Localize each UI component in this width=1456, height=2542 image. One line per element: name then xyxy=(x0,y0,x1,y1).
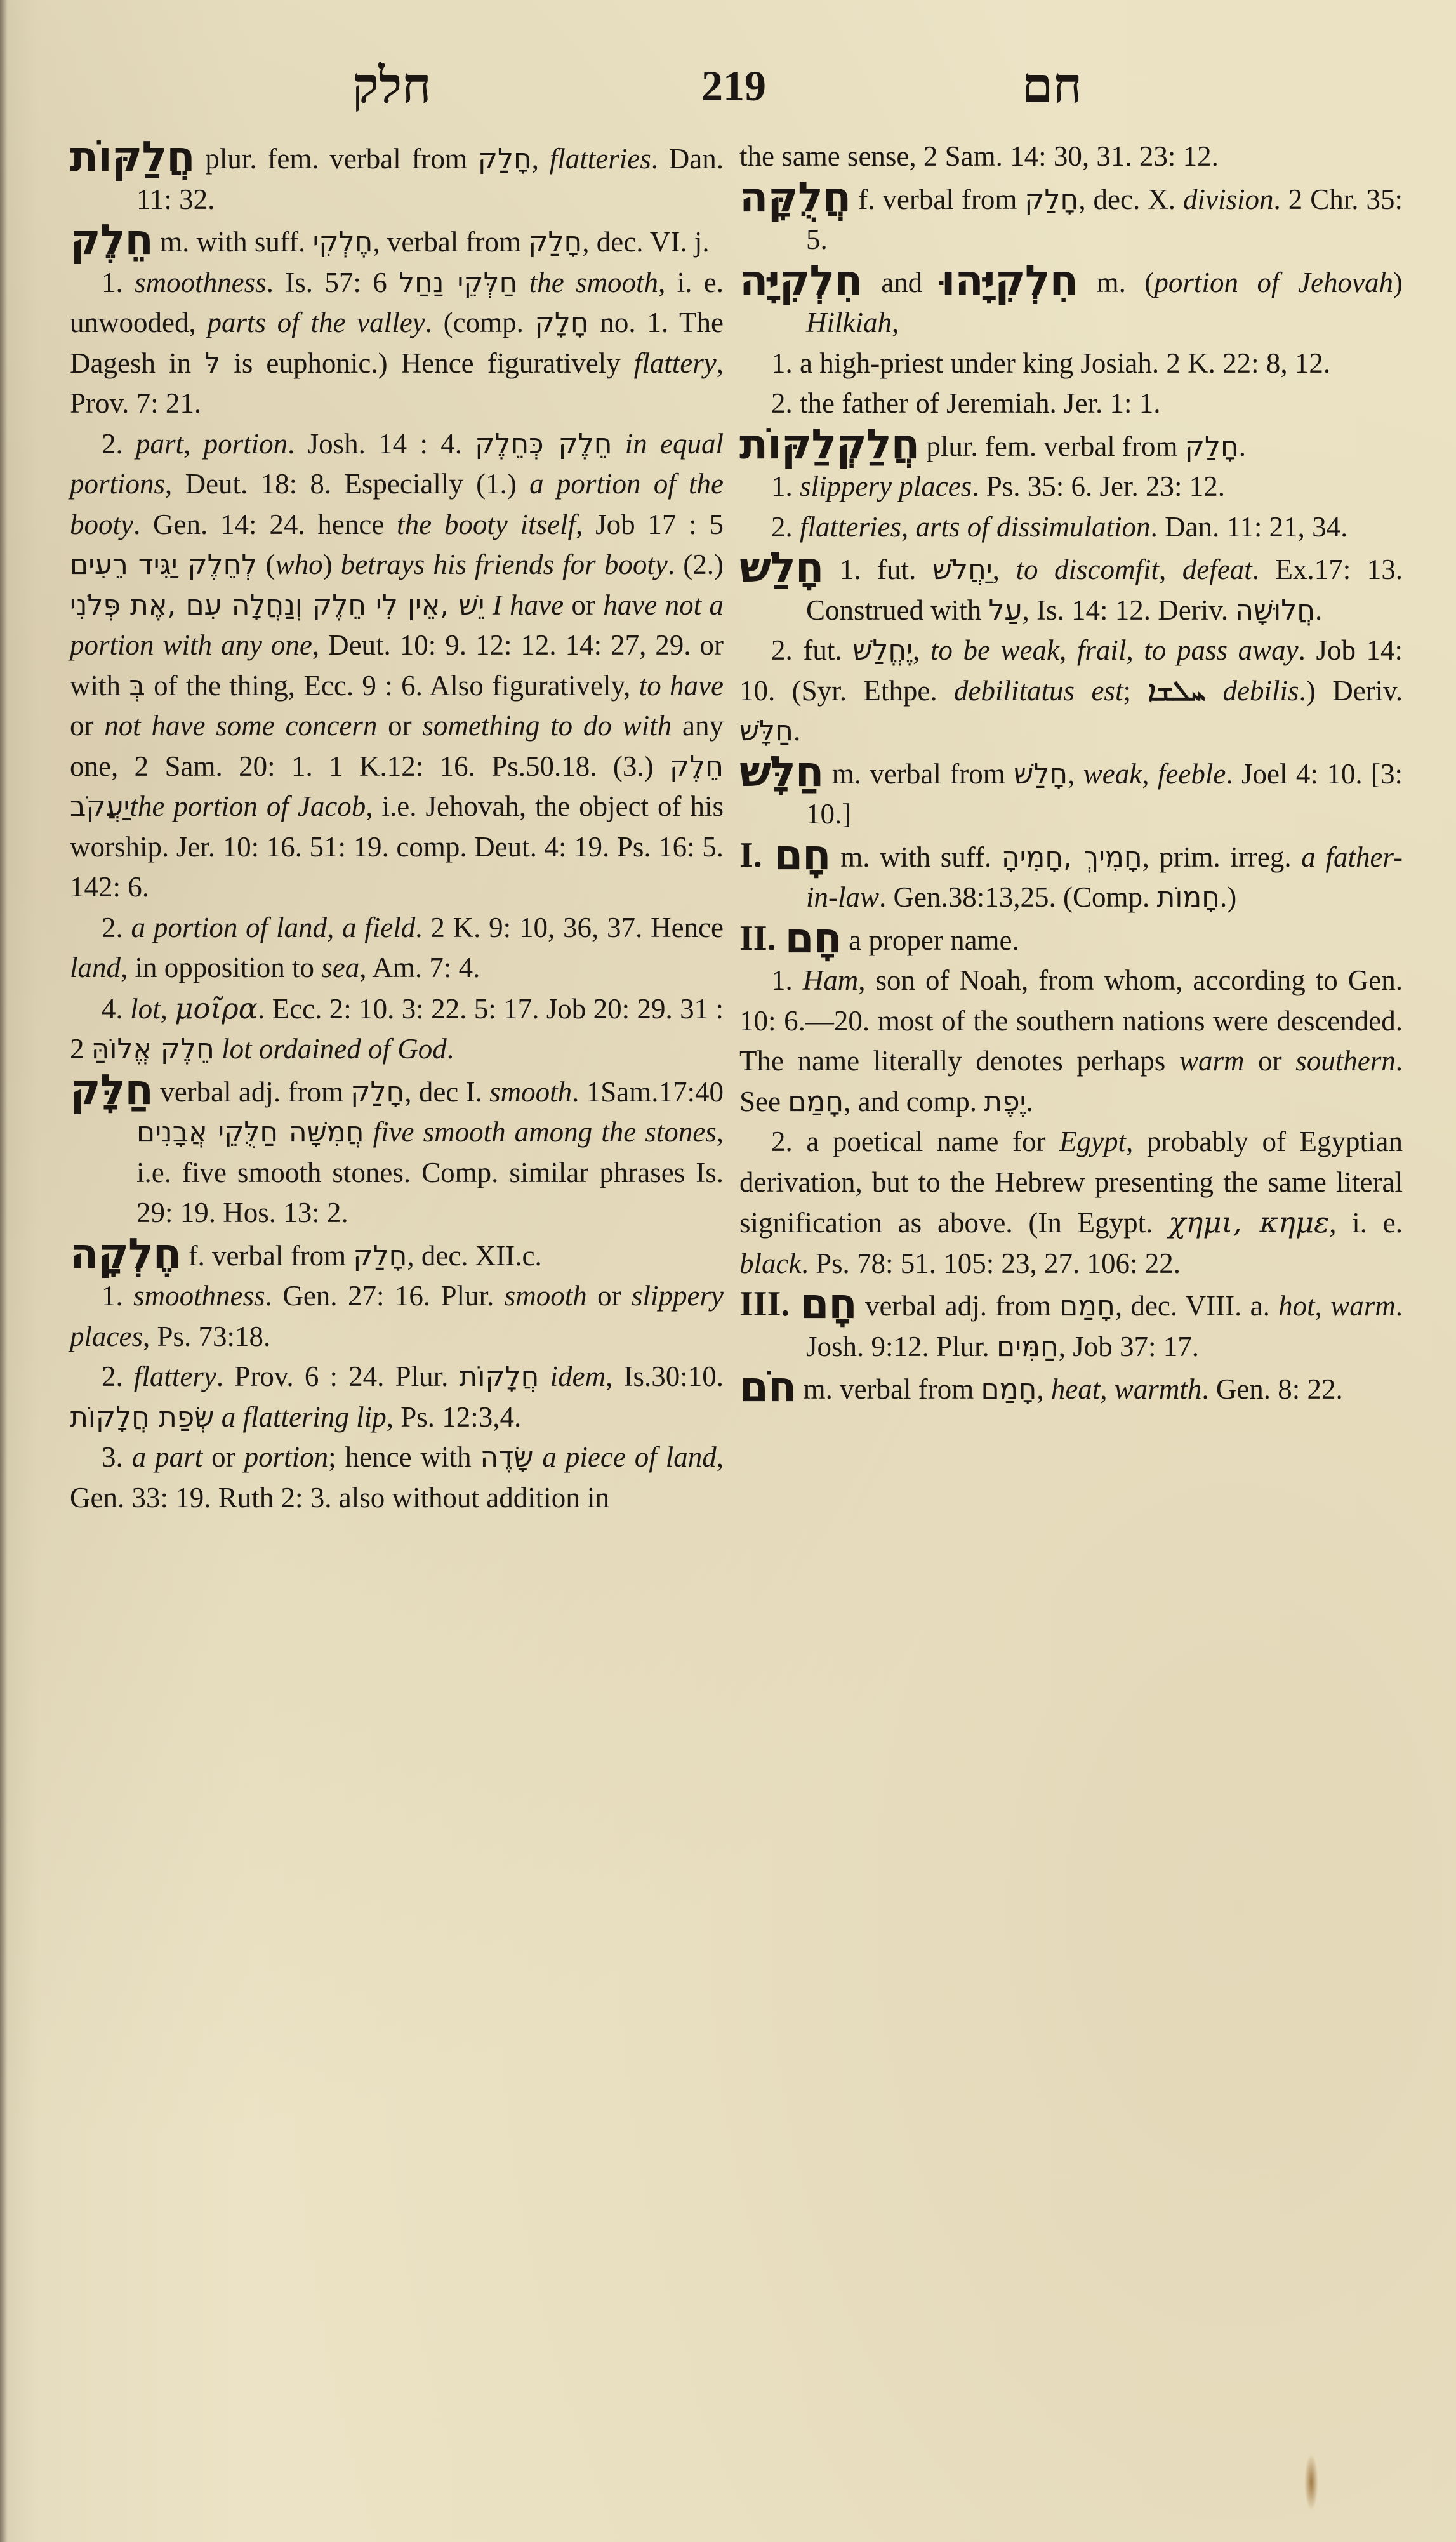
dictionary-entry: חֹם m. verbal from חָמַם, heat, warmth. … xyxy=(739,1367,1403,1410)
entry-head-paragraph: חֲלֻקָּה f. verbal from חָלַק, dec. X. d… xyxy=(739,177,1403,260)
left-column: חֲלַקּוֹת plur. fem. verbal from חָלַק, … xyxy=(70,136,724,1518)
text xyxy=(539,1361,550,1392)
text xyxy=(214,1401,221,1433)
text: . (2.) xyxy=(668,549,724,580)
italic-text: something to do with xyxy=(422,710,672,742)
text: , Is. 14: 12. Deriv. xyxy=(1022,594,1235,626)
dictionary-entry: חַלָּק verbal adj. from חָלַק, dec I. sm… xyxy=(70,1070,724,1234)
text: 2. fut. xyxy=(771,634,852,666)
text: the same sense, 2 Sam. 14: 30, 31. 23: 1… xyxy=(739,140,1219,172)
text xyxy=(612,428,625,460)
headword: חַלָּק xyxy=(70,1065,153,1114)
text: ; hence with xyxy=(328,1441,480,1473)
text: 4. xyxy=(102,993,130,1025)
sense-paragraph: 1. slippery places. Ps. 35: 6. Jer. 23: … xyxy=(739,467,1403,507)
italic-text: smooth xyxy=(489,1076,572,1108)
text: . Ps. 35: 6. Jer. 23: 12. xyxy=(972,470,1225,502)
italic-text: to pass away xyxy=(1144,634,1298,666)
headword: חָלַשׁ xyxy=(739,543,823,592)
text: , xyxy=(183,428,204,460)
text: , xyxy=(1068,758,1083,790)
sense-paragraph: 2. fut. יֶחֱלַשׁ, to be weak, frail, to … xyxy=(739,630,1403,752)
italic-text: a piece of land xyxy=(542,1441,716,1473)
italic-text: arts of dissimulation xyxy=(915,511,1150,543)
text: . Gen. 27: 16. Plur. xyxy=(265,1280,505,1312)
text: , xyxy=(892,307,899,338)
text: 1. xyxy=(771,964,803,996)
text: , Job 37: 17. xyxy=(1059,1331,1199,1362)
entry-head-paragraph: חֶלְקָה f. verbal from חָלַק, dec. XII.c… xyxy=(70,1234,724,1277)
text: 3. xyxy=(102,1441,132,1473)
headword: חֵלֶק xyxy=(70,215,153,264)
dictionary-entry: II. חָם a proper name.1. Ham, son of Noa… xyxy=(739,918,1403,1284)
entry-head-paragraph: חַלָּשׁ m. verbal from חָלַשׁ, weak, fee… xyxy=(739,752,1403,835)
text: or xyxy=(70,710,104,742)
text: . (comp. xyxy=(425,307,535,338)
italic-text: Ham xyxy=(803,964,859,996)
roman-numeral: III. xyxy=(739,1284,800,1324)
italic-text: Hilkiah xyxy=(806,307,892,338)
text: or xyxy=(1244,1045,1295,1077)
text: , xyxy=(993,554,1016,585)
hebrew-text: חָלַק xyxy=(528,226,582,258)
text: , xyxy=(1159,554,1182,585)
italic-text: flattery xyxy=(634,347,717,379)
hebrew-text: חֶלְקִי xyxy=(313,226,373,258)
italic-text: sea xyxy=(321,952,359,983)
hebrew-text: חָלָק xyxy=(535,307,589,339)
roman-numeral: I. xyxy=(739,835,774,875)
italic-text: the smooth xyxy=(529,267,658,298)
entry-head-paragraph: I. חָם m. with suff. חָמִיךְ ,חָמִיהָ, p… xyxy=(739,835,1403,918)
sense-paragraph: 1. smoothness. Gen. 27: 16. Plur. smooth… xyxy=(70,1276,724,1357)
text: .) xyxy=(1220,881,1236,913)
text: 1. a high-priest under king Josiah. 2 K.… xyxy=(771,347,1330,379)
text: 2. the father of Jeremiah. Jer. 1: 1. xyxy=(771,387,1161,419)
running-head-right-word: חם xyxy=(1022,51,1082,121)
italic-text: betrays his friends for booty xyxy=(341,549,668,580)
dictionary-entry: the same sense, 2 Sam. 14: 30, 31. 23: 1… xyxy=(739,136,1403,177)
dictionary-entry: חֵלֶק m. with suff. חֶלְקִי, verbal from… xyxy=(70,220,724,1070)
text: 2. a poetical name for xyxy=(771,1126,1059,1157)
italic-text: portion of Jehovah xyxy=(1154,267,1393,298)
italic-text: who xyxy=(275,549,323,580)
italic-text: warm xyxy=(1179,1045,1245,1077)
text xyxy=(484,589,492,621)
text: , dec. VIII. a. xyxy=(1115,1290,1278,1322)
italic-text: to be weak xyxy=(930,634,1059,666)
text: , xyxy=(532,143,550,175)
hebrew-text: חָמַם xyxy=(1059,1290,1115,1322)
text: . xyxy=(793,715,800,747)
sense-paragraph: the same sense, 2 Sam. 14: 30, 31. 23: 1… xyxy=(739,136,1403,177)
text: . xyxy=(1239,430,1246,462)
text: , Ps. 73:18. xyxy=(143,1321,270,1352)
text: or xyxy=(587,1280,632,1312)
italic-text: lot xyxy=(130,993,161,1025)
sense-paragraph: 2. a poetical name for Egypt, probably o… xyxy=(739,1122,1403,1284)
italic-text: to have xyxy=(639,670,724,702)
hebrew-text: חַלָּשׁ xyxy=(739,715,793,747)
sense-paragraph: 2. the father of Jeremiah. Jer. 1: 1. xyxy=(739,383,1403,424)
headword: חִלְקִיָּהוּ xyxy=(941,256,1078,305)
text: , i. e. xyxy=(1329,1207,1403,1239)
roman-numeral: II. xyxy=(739,919,785,958)
italic-text: parts of the valley xyxy=(207,307,425,338)
text: or xyxy=(202,1441,244,1473)
sense-paragraph: 2. flattery. Prov. 6 : 24. Plur. חֲלָקוֹ… xyxy=(70,1357,724,1437)
italic-text: warm xyxy=(1330,1290,1396,1322)
italic-text: lot ordained of God xyxy=(222,1033,447,1065)
text: . Gen.38:13,25. (Comp. xyxy=(879,881,1156,913)
headword: חַלָּשׁ xyxy=(739,747,823,796)
text xyxy=(533,1441,542,1473)
italic-text: flatteries xyxy=(550,143,651,175)
italic-text: the booty itself xyxy=(397,509,576,540)
dictionary-entry: חֶלְקָה f. verbal from חָלַק, dec. XII.c… xyxy=(70,1234,724,1519)
italic-text: flatteries xyxy=(800,511,901,543)
entry-head-paragraph: חִלְקִיָּה and חִלְקִיָּהוּ m. (portion … xyxy=(739,260,1403,343)
italic-text: smoothness xyxy=(135,267,267,298)
italic-text: smooth xyxy=(505,1280,587,1312)
text: m. verbal from xyxy=(823,758,1014,790)
text: , xyxy=(1100,1373,1115,1405)
page-edge-shadow xyxy=(0,0,8,2542)
text: or xyxy=(564,589,603,621)
italic-text: a flattering lip xyxy=(222,1401,387,1433)
text: 2. xyxy=(102,428,136,460)
hebrew-text: חֲלוּשָׁה xyxy=(1235,594,1315,627)
dictionary-entry: I. חָם m. with suff. חָמִיךְ ,חָמִיהָ, p… xyxy=(739,835,1403,918)
text: ) xyxy=(323,549,341,580)
page-number: 219 xyxy=(701,51,766,121)
hebrew-text: חֵלֶק אֱלוֹהַּ xyxy=(91,1033,215,1065)
headword: חָם xyxy=(785,914,842,962)
running-head: חלק 219 חם xyxy=(0,51,1456,121)
italic-text: a portion of land xyxy=(131,912,327,943)
italic-text: debilis xyxy=(1223,675,1299,707)
hebrew-text: יֵשׁ ,אֵין לִי חֵלֶק וְנַחֲלָה עִם ,אֶת … xyxy=(70,589,484,622)
italic-text: debilitatus est xyxy=(954,675,1123,707)
italic-text: black xyxy=(739,1248,801,1279)
entry-head-paragraph: חֹם m. verbal from חָמַם, heat, warmth. … xyxy=(739,1367,1403,1410)
text: . xyxy=(1026,1086,1033,1117)
hebrew-text: שָׂדֶה xyxy=(480,1441,533,1474)
italic-text: feeble xyxy=(1158,758,1226,790)
italic-text: frail xyxy=(1077,634,1127,666)
sense-paragraph: 2. flatteries, arts of dissimulation. Da… xyxy=(739,507,1403,548)
dictionary-entry: חָלַשׁ 1. fut. יַחֲלֹשׁ, to discomfit, d… xyxy=(739,547,1403,752)
text: 1. xyxy=(771,470,800,502)
italic-text: smoothness xyxy=(133,1280,265,1312)
text: , xyxy=(901,511,916,543)
text xyxy=(517,267,529,298)
italic-text: land xyxy=(70,952,121,983)
entry-head-paragraph: חַלָּק verbal adj. from חָלַק, dec I. sm… xyxy=(70,1070,724,1234)
headword: חִלְקִיָּה xyxy=(739,256,863,305)
dictionary-entry: חִלְקִיָּה and חִלְקִיָּהוּ m. (portion … xyxy=(739,260,1403,424)
hebrew-text: חָמַם xyxy=(788,1086,844,1118)
text: , dec. X. xyxy=(1078,183,1183,215)
text: 2. xyxy=(102,1361,134,1392)
text: . 2 K. 9: 10, 36, 37. Hence xyxy=(415,912,724,943)
italic-text: division xyxy=(1183,183,1274,215)
text: , xyxy=(327,912,342,943)
entry-head-paragraph: חֲלַקּוֹת plur. fem. verbal from חָלַק, … xyxy=(70,136,724,220)
entry-head-paragraph: חֵלֶק m. with suff. חֶלְקִי, verbal from… xyxy=(70,220,724,263)
text: , xyxy=(913,634,930,666)
italic-text: hot xyxy=(1278,1290,1315,1322)
syriac-text: ܚܠܫܐ xyxy=(1148,675,1206,707)
italic-text: idem xyxy=(550,1361,606,1392)
italic-text: portion xyxy=(244,1441,329,1473)
text: f. verbal from xyxy=(181,1240,353,1272)
text: , and comp. xyxy=(844,1086,984,1117)
italic-text: warmth xyxy=(1115,1373,1202,1405)
text: 1. xyxy=(102,1280,133,1312)
text: 1. xyxy=(102,267,135,298)
text: , xyxy=(1059,634,1077,666)
italic-text: defeat xyxy=(1182,554,1252,585)
italic-text: a part xyxy=(132,1441,202,1473)
hebrew-text: חָלַק xyxy=(353,1240,407,1272)
text: , verbal from xyxy=(373,226,528,258)
entry-head-paragraph: III. חָם verbal adj. from חָמַם, dec. VI… xyxy=(739,1284,1403,1367)
text: plur. fem. verbal from xyxy=(195,143,478,175)
hebrew-text: חַמִּים xyxy=(996,1331,1059,1363)
italic-text: not have some concern xyxy=(104,710,377,742)
text: . Prov. 6 : 24. Plur. xyxy=(216,1361,460,1392)
italic-text: portion xyxy=(204,428,288,460)
text: m. ( xyxy=(1078,267,1154,298)
sense-paragraph: 1. a high-priest under king Josiah. 2 K.… xyxy=(739,343,1403,384)
italic-text: heat xyxy=(1051,1373,1100,1405)
italic-text: a field xyxy=(342,912,415,943)
text: , xyxy=(1142,758,1158,790)
text: m. with suff. xyxy=(153,226,313,258)
text: of the thing, Ecc. 9 : 6. Also figurativ… xyxy=(145,670,639,702)
hebrew-text: חָלַק xyxy=(350,1076,404,1108)
hebrew-text: יֶפֶת xyxy=(984,1086,1026,1118)
hebrew-text: חֲמִשָּׁה חַלֻּקֵי אֲבָנִים xyxy=(136,1116,364,1148)
hebrew-text: חֲלָקוֹת xyxy=(460,1361,539,1393)
running-head-left-word: חלק xyxy=(352,51,431,121)
text: 2. xyxy=(771,511,800,543)
text: . Ps. 78: 51. 105: 23, 27. 106: 22. xyxy=(801,1248,1181,1279)
text: , dec I. xyxy=(404,1076,489,1108)
sense-paragraph: 2. part, portion. Josh. 14 : 4. חֵלֶק כְ… xyxy=(70,424,724,908)
italic-text: the portion of Jacob xyxy=(129,790,366,822)
hebrew-text: חֵלֶק כְּחֵלֶק xyxy=(475,428,612,460)
text: , Ps. 12:3,4. xyxy=(387,1401,522,1433)
text: and xyxy=(863,267,941,298)
text xyxy=(1206,675,1222,707)
text: . 1Sam.17:40 xyxy=(572,1076,724,1108)
text: , xyxy=(1036,1373,1051,1405)
hebrew-text: חָמִיךְ ,חָמִיהָ xyxy=(1002,841,1142,874)
text: 1. fut. xyxy=(823,554,932,585)
hebrew-text: חָלַק xyxy=(478,143,532,175)
right-column: the same sense, 2 Sam. 14: 30, 31. 23: 1… xyxy=(739,136,1403,1410)
text: , dec. XII.c. xyxy=(407,1240,541,1272)
headword: חֲלַקּוֹת xyxy=(70,132,195,181)
hebrew-text: לְחֵלֶק יַגִּיד רֵעִים xyxy=(70,549,257,581)
hebrew-text: שְׂפַת חֲלָקוֹת xyxy=(70,1401,214,1434)
entry-head-paragraph: II. חָם a proper name. xyxy=(739,918,1403,961)
text: , Deut. 18: 8. Especially (1.) xyxy=(165,468,529,500)
headword: חֲלַקְלַקּוֹת xyxy=(739,420,919,469)
entry-head-paragraph: חָלַשׁ 1. fut. יַחֲלֹשׁ, to discomfit, d… xyxy=(739,547,1403,630)
text: , Is.30:10. xyxy=(606,1361,724,1392)
text: , xyxy=(161,993,175,1025)
entry-head-paragraph: חֲלַקְלַקּוֹת plur. fem. verbal from חָל… xyxy=(739,424,1403,467)
sense-paragraph: 1. Ham, son of Noah, from whom, accordin… xyxy=(739,961,1403,1122)
sense-paragraph: 1. smoothness. Is. 57: 6 חַלְּקֵי נַחַל … xyxy=(70,263,724,424)
text: ; xyxy=(1123,675,1148,707)
text: is euphonic.) Hence figuratively xyxy=(220,347,634,379)
text: . Gen. 14: 24. hence xyxy=(133,509,397,540)
italic-text: five smooth among the stones xyxy=(373,1116,717,1148)
sense-paragraph: 4. lot, μοῖρα. Ecc. 2: 10. 3: 22. 5: 17.… xyxy=(70,988,724,1070)
text: . Dan. 11: 21, 34. xyxy=(1151,511,1348,543)
italic-text: part xyxy=(136,428,183,460)
text: , dec. VI. j. xyxy=(582,226,709,258)
italic-text: Egypt xyxy=(1059,1126,1126,1157)
headword: חֹם xyxy=(739,1362,796,1411)
text: , Job 17 : 5 xyxy=(576,509,724,540)
italic-text: I have xyxy=(493,589,564,621)
text: . Gen. 8: 22. xyxy=(1201,1373,1342,1405)
hebrew-text: חָלַק xyxy=(1024,183,1078,216)
hebrew-text: לּ xyxy=(204,347,220,380)
hebrew-text: עַל xyxy=(989,594,1023,627)
sense-paragraph: 3. a part or portion; hence with שָׂדֶה … xyxy=(70,1437,724,1518)
greek-text: χημι, κημε xyxy=(1168,1206,1329,1239)
hebrew-text: יֶחֱלַשׁ xyxy=(852,634,913,667)
dictionary-entry: חֲלֻקָּה f. verbal from חָלַק, dec. X. d… xyxy=(739,177,1403,260)
text xyxy=(215,1033,222,1065)
headword: חֲלֻקָּה xyxy=(739,173,850,222)
hebrew-text: חָלַשׁ xyxy=(1014,758,1068,790)
text: or xyxy=(377,710,422,742)
dictionary-entry: חֲלַקְלַקּוֹת plur. fem. verbal from חָל… xyxy=(739,424,1403,548)
text: . xyxy=(1315,594,1322,626)
dictionary-entry: חֲלַקּוֹת plur. fem. verbal from חָלַק, … xyxy=(70,136,724,220)
sense-paragraph: 2. a portion of land, a field. 2 K. 9: 1… xyxy=(70,908,724,988)
hebrew-text: חָמוֹת xyxy=(1157,881,1221,914)
text: .) Deriv. xyxy=(1299,675,1403,707)
paper-stain xyxy=(1304,2454,1318,2511)
text: . xyxy=(447,1033,454,1065)
headword: חָם xyxy=(800,1279,856,1328)
dictionary-entry: III. חָם verbal adj. from חָמַם, dec. VI… xyxy=(739,1284,1403,1367)
text: ) xyxy=(1393,267,1403,298)
text: a proper name. xyxy=(842,924,1019,956)
dictionary-entry: חַלָּשׁ m. verbal from חָלַשׁ, weak, fee… xyxy=(739,752,1403,835)
italic-text: southern xyxy=(1295,1045,1396,1077)
text: , xyxy=(1126,634,1144,666)
italic-text: slippery places xyxy=(800,470,972,502)
text: plur. fem. verbal from xyxy=(919,430,1185,462)
greek-text: μοῖρα xyxy=(175,992,258,1025)
italic-text: weak xyxy=(1083,758,1142,790)
text: , Am. 7: 4. xyxy=(359,952,480,983)
text: , in opposition to xyxy=(121,952,321,983)
text: . Is. 57: 6 xyxy=(267,267,399,298)
italic-text: flattery xyxy=(134,1361,216,1392)
hebrew-text: בְּ xyxy=(129,670,145,702)
text: verbal adj. from xyxy=(153,1076,350,1108)
text: . Josh. 14 : 4. xyxy=(288,428,475,460)
text xyxy=(364,1116,373,1148)
text: f. verbal from xyxy=(850,183,1024,215)
hebrew-text: יַחֲלֹשׁ xyxy=(932,554,993,586)
text: m. verbal from xyxy=(796,1373,981,1405)
text: , prim. irreg. xyxy=(1142,841,1302,873)
headword: חָם xyxy=(774,830,830,879)
hebrew-text: חַלְּקֵי נַחַל xyxy=(399,267,517,299)
headword: חֶלְקָה xyxy=(70,1229,181,1278)
text: ( xyxy=(257,549,275,580)
hebrew-text: חָלַק xyxy=(1185,430,1239,463)
text: verbal adj. from xyxy=(857,1290,1059,1322)
italic-text: to discomfit xyxy=(1016,554,1159,585)
text: , xyxy=(1315,1290,1331,1322)
hebrew-text: חָמַם xyxy=(981,1373,1036,1406)
dictionary-page: חלק 219 חם חֲלַקּוֹת plur. fem. verbal f… xyxy=(0,0,1456,2542)
text: 2. xyxy=(102,912,131,943)
text: m. with suff. xyxy=(831,841,1002,873)
